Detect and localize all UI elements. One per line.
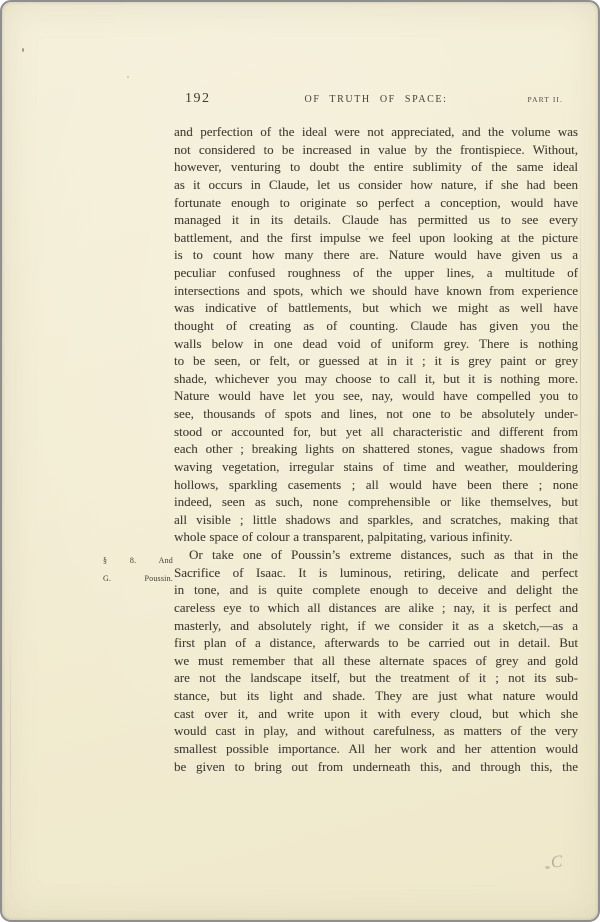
- text-line: not considered to be increased in value …: [174, 141, 578, 159]
- scan-speck: [127, 76, 129, 78]
- text-line: in tone, and is quite complete enough to…: [174, 581, 578, 599]
- text-line: intersections and spots, which we should…: [174, 282, 578, 300]
- text-line: walls below in one dead void of uniform …: [174, 335, 578, 353]
- text-line: to be seen, or felt, or guessed at in it…: [174, 352, 578, 370]
- text-line: see, thousands of spots and lines, not o…: [174, 405, 578, 423]
- text-line: would cast in play, and without carefuln…: [174, 722, 578, 740]
- part-label: PART II.: [472, 95, 563, 104]
- text-line: are not the landscape itself, but the tr…: [174, 669, 578, 687]
- text-line: first plan of a distance, afterwards to …: [174, 634, 578, 652]
- text-line: whole space of colour a transparent, pal…: [174, 528, 578, 546]
- margin-sidenote: § 8. AndG. Poussin.: [103, 552, 173, 587]
- text-line: and perfection of the ideal were not app…: [174, 123, 578, 141]
- scan-edge-shadow-right: [580, 152, 581, 562]
- text-line: hollows, sparkling casements ; all would…: [174, 476, 578, 494]
- paragraph-poussin: Or take one of Poussin’s extreme distanc…: [174, 546, 578, 775]
- text-line: managed it in its details. Claude has pe…: [174, 211, 578, 229]
- text-line: shade, whichever you may choose to call …: [174, 370, 578, 388]
- text-line: however, venturing to doubt the entire s…: [174, 158, 578, 176]
- pencil-annotation: C: [550, 851, 563, 872]
- text-line: Nature would have let you see, nay, woul…: [174, 387, 578, 405]
- text-line: careless eye to which all distances are …: [174, 599, 578, 617]
- text-line: indeed, seen as such, none comprehensibl…: [174, 493, 578, 511]
- text-line: masterly, and absolutely right, if we co…: [174, 617, 578, 635]
- paragraph-claude: and perfection of the ideal were not app…: [174, 123, 578, 546]
- text-line: as it occurs in Claude, let us consider …: [174, 176, 578, 194]
- scanned-book-page: 192 OF TRUTH OF SPACE: PART II. § 8. And…: [0, 0, 600, 922]
- text-line: peculiar confused roughness of the upper…: [174, 264, 578, 282]
- scan-speck: [366, 228, 368, 230]
- scan-edge-shadow-left: [10, 612, 11, 912]
- scan-speck: [22, 48, 24, 52]
- text-line: Sacrifice of Isaac. It is luminous, reti…: [174, 564, 578, 582]
- text-line: § 8. And: [103, 552, 173, 570]
- text-line: we must remember that all these alternat…: [174, 652, 578, 670]
- text-line: battlement, and the first impulse we fee…: [174, 229, 578, 247]
- body-text: and perfection of the ideal were not app…: [174, 123, 578, 775]
- text-line: be given to bring out from underneath th…: [174, 758, 578, 776]
- text-line: G. Poussin.: [103, 570, 173, 588]
- text-line: smallest possible importance. All her wo…: [174, 740, 578, 758]
- text-line: stood or accounted for, but yet all char…: [174, 423, 578, 441]
- pencil-dot-mark: [545, 866, 550, 869]
- text-line: thought of creating as of counting. Clau…: [174, 317, 578, 335]
- text-line: fortunate enough to originate so perfect…: [174, 194, 578, 212]
- text-line: all visible ; little shadows and sparkle…: [174, 511, 578, 529]
- text-line: stance, but its light and shade. They ar…: [174, 687, 578, 705]
- text-line: cast over it, and write upon it with eve…: [174, 705, 578, 723]
- text-line: each other ; breaking lights on shattere…: [174, 440, 578, 458]
- text-line: waving vegetation, irregular stains of t…: [174, 458, 578, 476]
- text-line: is to count how many there are. Nature w…: [174, 246, 578, 264]
- text-line: was indicative of battlements, but which…: [174, 299, 578, 317]
- text-line: Or take one of Poussin’s extreme distanc…: [174, 546, 578, 564]
